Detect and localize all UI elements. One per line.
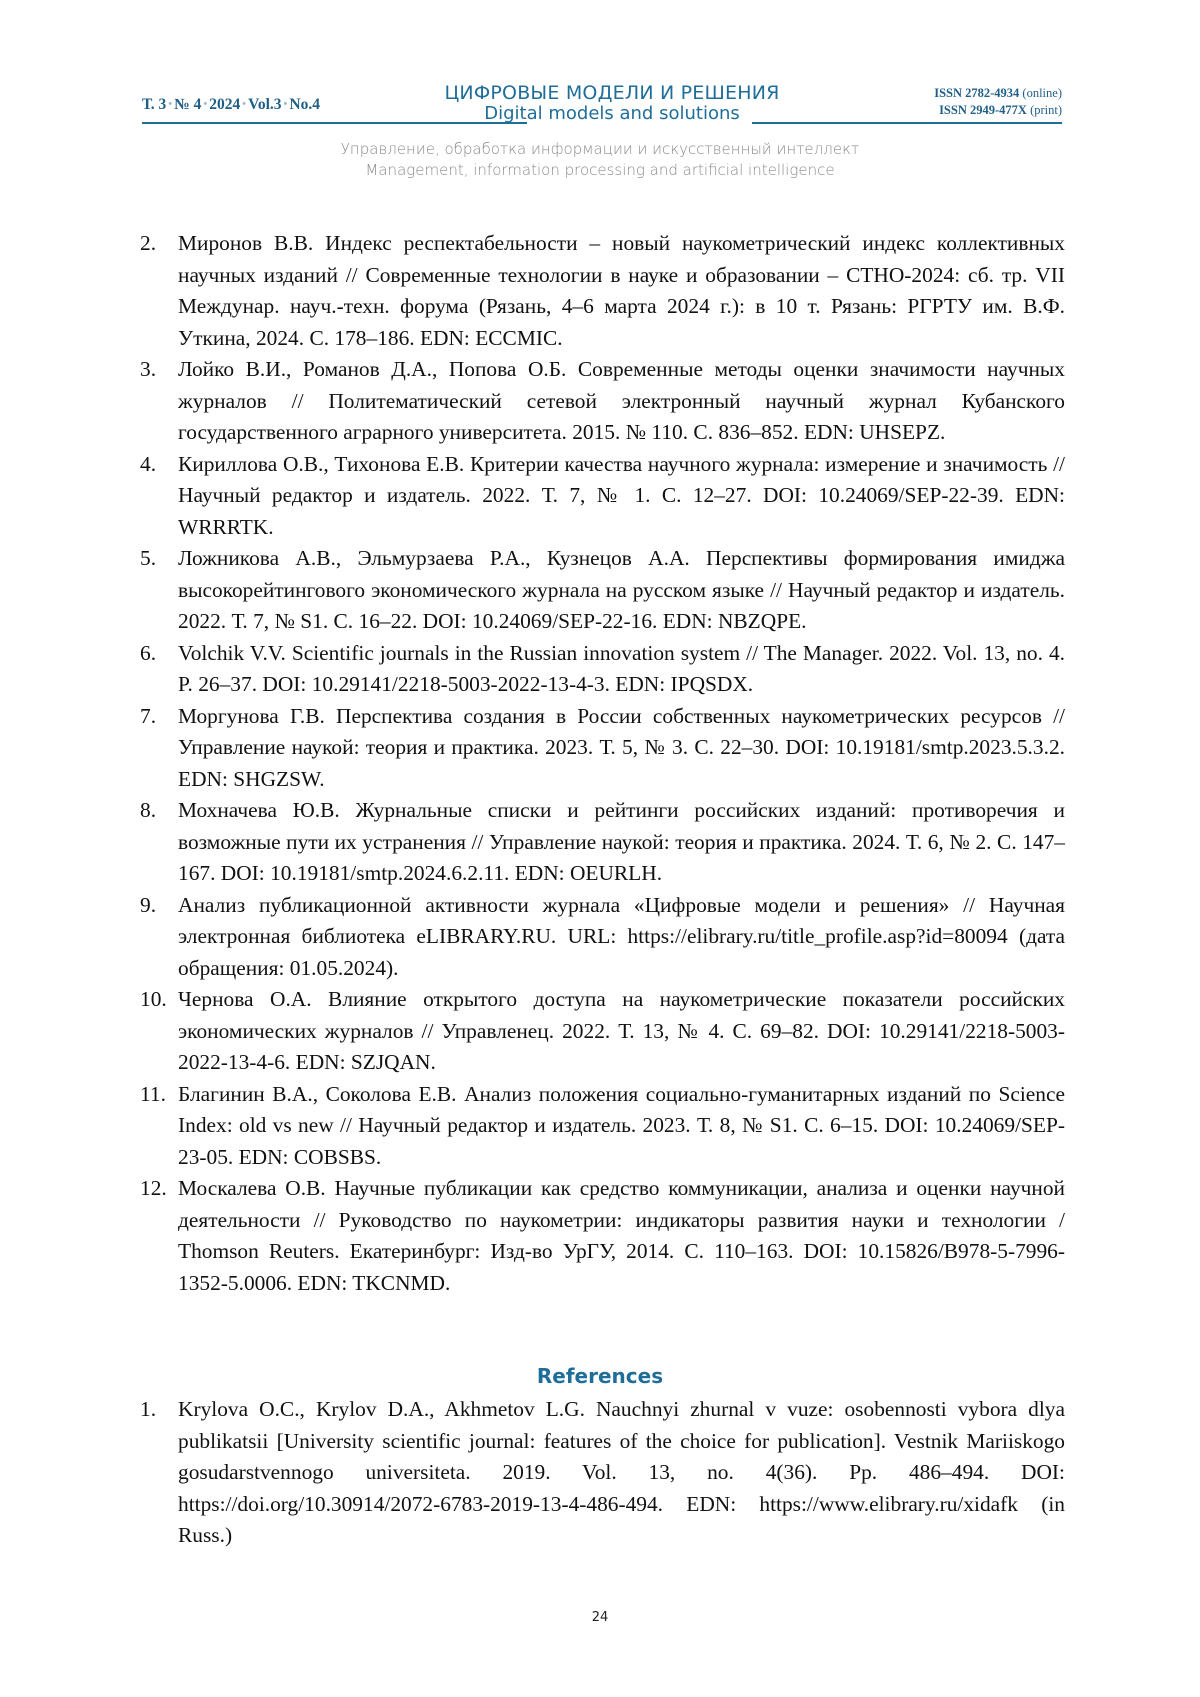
separator-dot-icon: •	[282, 98, 290, 110]
reference-text: Лойко В.И., Романов Д.А., Попова О.Б. Со…	[178, 357, 1065, 444]
reference-number: 4.	[140, 449, 156, 481]
running-header: Т. 3•№ 4•2024•Vol.3•No.4 ЦИФРОВЫЕ МОДЕЛИ…	[142, 82, 1062, 130]
reference-number: 12.	[140, 1173, 167, 1205]
reference-text: Миронов В.В. Индекс респектабельности – …	[178, 231, 1065, 350]
reference-item: 9.Анализ публикационной активности журна…	[140, 890, 1065, 985]
reference-number: 10.	[140, 984, 167, 1016]
reference-item: 6.Volchik V.V. Scientific journals in th…	[140, 638, 1065, 701]
reference-item: 10.Чернова О.А. Влияние открытого доступ…	[140, 984, 1065, 1079]
issn-online: ISSN 2782-4934 (online)	[934, 85, 1062, 102]
reference-item: 7.Моргунова Г.В. Перспектива создания в …	[140, 701, 1065, 796]
reference-text: Кириллова О.В., Тихонова Е.В. Критерии к…	[178, 452, 1065, 539]
reference-text: Москалева О.В. Научные публикации как ср…	[178, 1176, 1065, 1295]
issn-print-type: (print)	[1030, 103, 1062, 117]
reference-item: 12.Москалева О.В. Научные публикации как…	[140, 1173, 1065, 1299]
reference-text: Volchik V.V. Scientific journals in the …	[178, 641, 1065, 697]
reference-number: 1.	[140, 1394, 156, 1426]
journal-page: Т. 3•№ 4•2024•Vol.3•No.4 ЦИФРОВЫЕ МОДЕЛИ…	[0, 0, 1200, 1697]
reference-number: 3.	[140, 354, 156, 386]
section-heading: Управление, обработка информации и искус…	[0, 139, 1200, 181]
reference-item: 3.Лойко В.И., Романов Д.А., Попова О.Б. …	[140, 354, 1065, 449]
reference-number: 11.	[140, 1079, 166, 1111]
volume-en: Vol.3	[248, 96, 281, 113]
reference-number: 5.	[140, 543, 156, 575]
reference-item: 2.Миронов В.В. Индекс респектабельности …	[140, 228, 1065, 354]
reference-item: 11.Благинин В.А., Соколова Е.В. Анализ п…	[140, 1079, 1065, 1174]
issn-online-number: ISSN 2782-4934	[934, 86, 1019, 100]
reference-text: Анализ публикационной активности журнала…	[178, 893, 1065, 980]
reference-text: Мохначева Ю.В. Журнальные списки и рейти…	[178, 798, 1065, 885]
separator-dot-icon: •	[166, 98, 174, 110]
number-ru: № 4	[174, 96, 201, 113]
number-en: No.4	[289, 96, 320, 113]
separator-dot-icon: •	[240, 98, 248, 110]
reference-item: 8.Мохначева Ю.В. Журнальные списки и рей…	[140, 795, 1065, 890]
reference-text: Моргунова Г.В. Перспектива создания в Ро…	[178, 704, 1065, 791]
reference-text: Благинин В.А., Соколова Е.В. Анализ поло…	[178, 1082, 1065, 1169]
reference-number: 7.	[140, 701, 156, 733]
section-title-ru: Управление, обработка информации и искус…	[0, 139, 1200, 160]
issn-print: ISSN 2949-477X (print)	[934, 102, 1062, 119]
reference-item: 1.Krylova O.C., Krylov D.A., Akhmetov L.…	[140, 1394, 1065, 1552]
reference-text: Чернова О.А. Влияние открытого доступа н…	[178, 987, 1065, 1074]
year: 2024	[209, 96, 240, 113]
reference-list-ru: 2.Миронов В.В. Индекс респектабельности …	[140, 228, 1065, 1299]
volume-ru: Т. 3	[142, 96, 166, 113]
journal-title-ru: ЦИФРОВЫЕ МОДЕЛИ И РЕШЕНИЯ	[412, 82, 812, 104]
reference-number: 8.	[140, 795, 156, 827]
reference-item: 5.Ложникова А.В., Эльмурзаева Р.А., Кузн…	[140, 543, 1065, 638]
issn-print-number: ISSN 2949-477X	[939, 103, 1027, 117]
reference-number: 2.	[140, 228, 156, 260]
separator-dot-icon: •	[201, 98, 209, 110]
references-heading: References	[0, 1362, 1200, 1390]
reference-item: 4.Кириллова О.В., Тихонова Е.В. Критерии…	[140, 449, 1065, 544]
section-title-en: Management, information processing and a…	[0, 160, 1200, 181]
issn-block: ISSN 2782-4934 (online) ISSN 2949-477X (…	[934, 85, 1062, 119]
journal-title-en: Digital models and solutions	[412, 104, 812, 124]
issue-info: Т. 3•№ 4•2024•Vol.3•No.4	[142, 96, 320, 114]
journal-logo: ЦИФРОВЫЕ МОДЕЛИ И РЕШЕНИЯ Digital models…	[412, 82, 812, 124]
reference-text: Krylova O.C., Krylov D.A., Akhmetov L.G.…	[178, 1397, 1065, 1547]
reference-list-en: 1.Krylova O.C., Krylov D.A., Akhmetov L.…	[140, 1394, 1065, 1552]
page-number: 24	[0, 1610, 1200, 1625]
header-rule-right	[752, 122, 1062, 124]
reference-text: Ложникова А.В., Эльмурзаева Р.А., Кузнец…	[178, 546, 1065, 633]
issn-online-type: (online)	[1022, 86, 1062, 100]
reference-number: 6.	[140, 638, 156, 670]
reference-number: 9.	[140, 890, 156, 922]
